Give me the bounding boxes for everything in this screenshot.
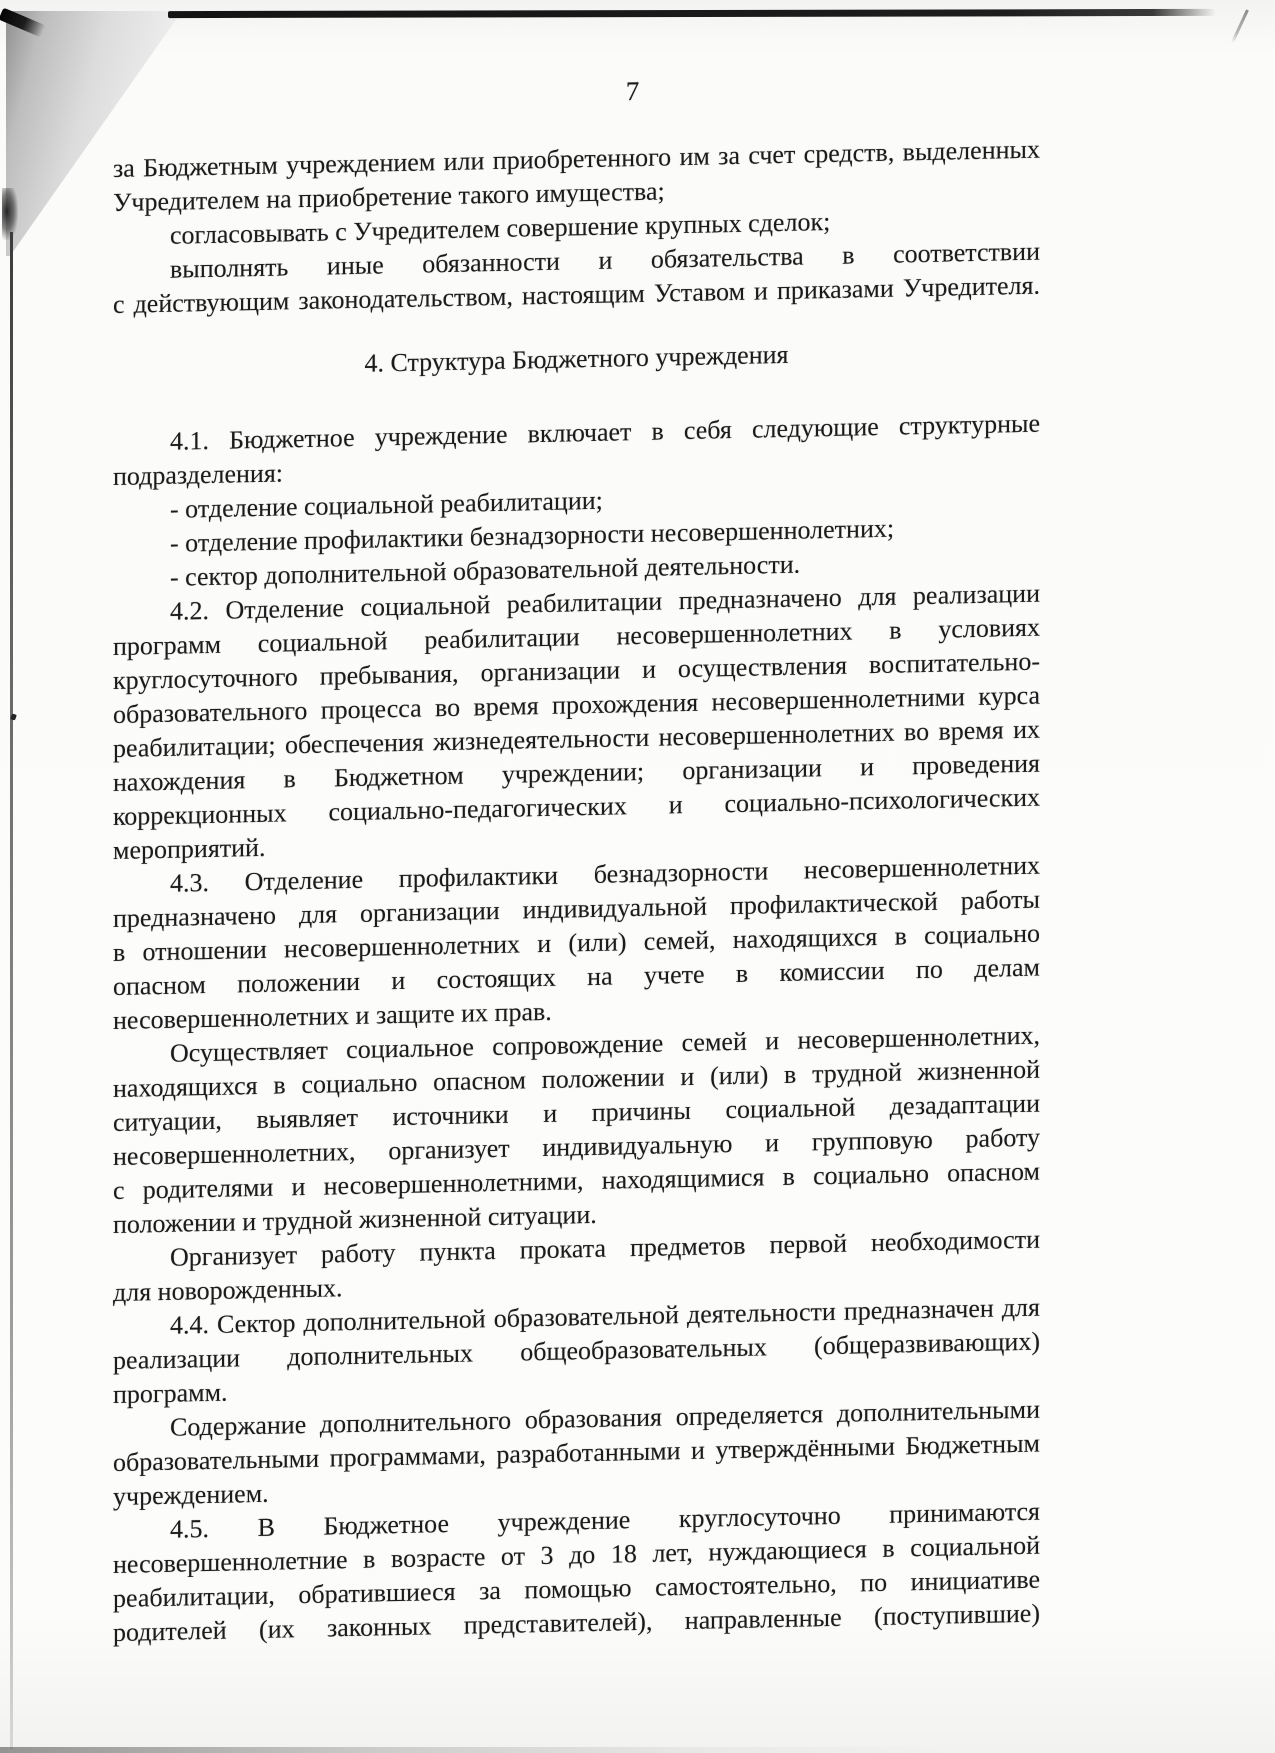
paragraph: Осуществляет социальное сопровождение се… [113,1019,1040,1242]
scan-edge-bottom [0,1747,1275,1753]
paragraph: 4.3. Отделение профилактики безнадзорнос… [113,849,1040,1038]
document-content: 7 за Бюджетным учреждением или приобрете… [113,0,1040,1650]
scanned-document-page: 7 за Бюджетным учреждением или приобрете… [0,0,1275,1753]
section-heading: 4. Структура Бюджетного учреждения [113,333,1040,386]
paragraph: 4.2. Отделение социальной реабилитации п… [113,577,1040,868]
corner-crease-mark [1231,9,1249,43]
scan-edge-left [10,232,13,1749]
document-body: за Бюджетным учреждением или приобретенн… [113,133,1040,1650]
page-number: 7 [169,64,1096,117]
paragraph: 4.5. В Бюджетное учреждение круглосуточн… [113,1495,1040,1650]
paragraph: 4.4. Сектор дополнительной образовательн… [113,1291,1040,1412]
ink-speck [10,713,17,720]
paragraph: Содержание дополнительного образования о… [113,1393,1040,1514]
text-line: 4. Структура Бюджетного учреждения [113,333,1040,386]
paragraph: - отделение социальной реабилитации;- от… [113,475,1040,596]
